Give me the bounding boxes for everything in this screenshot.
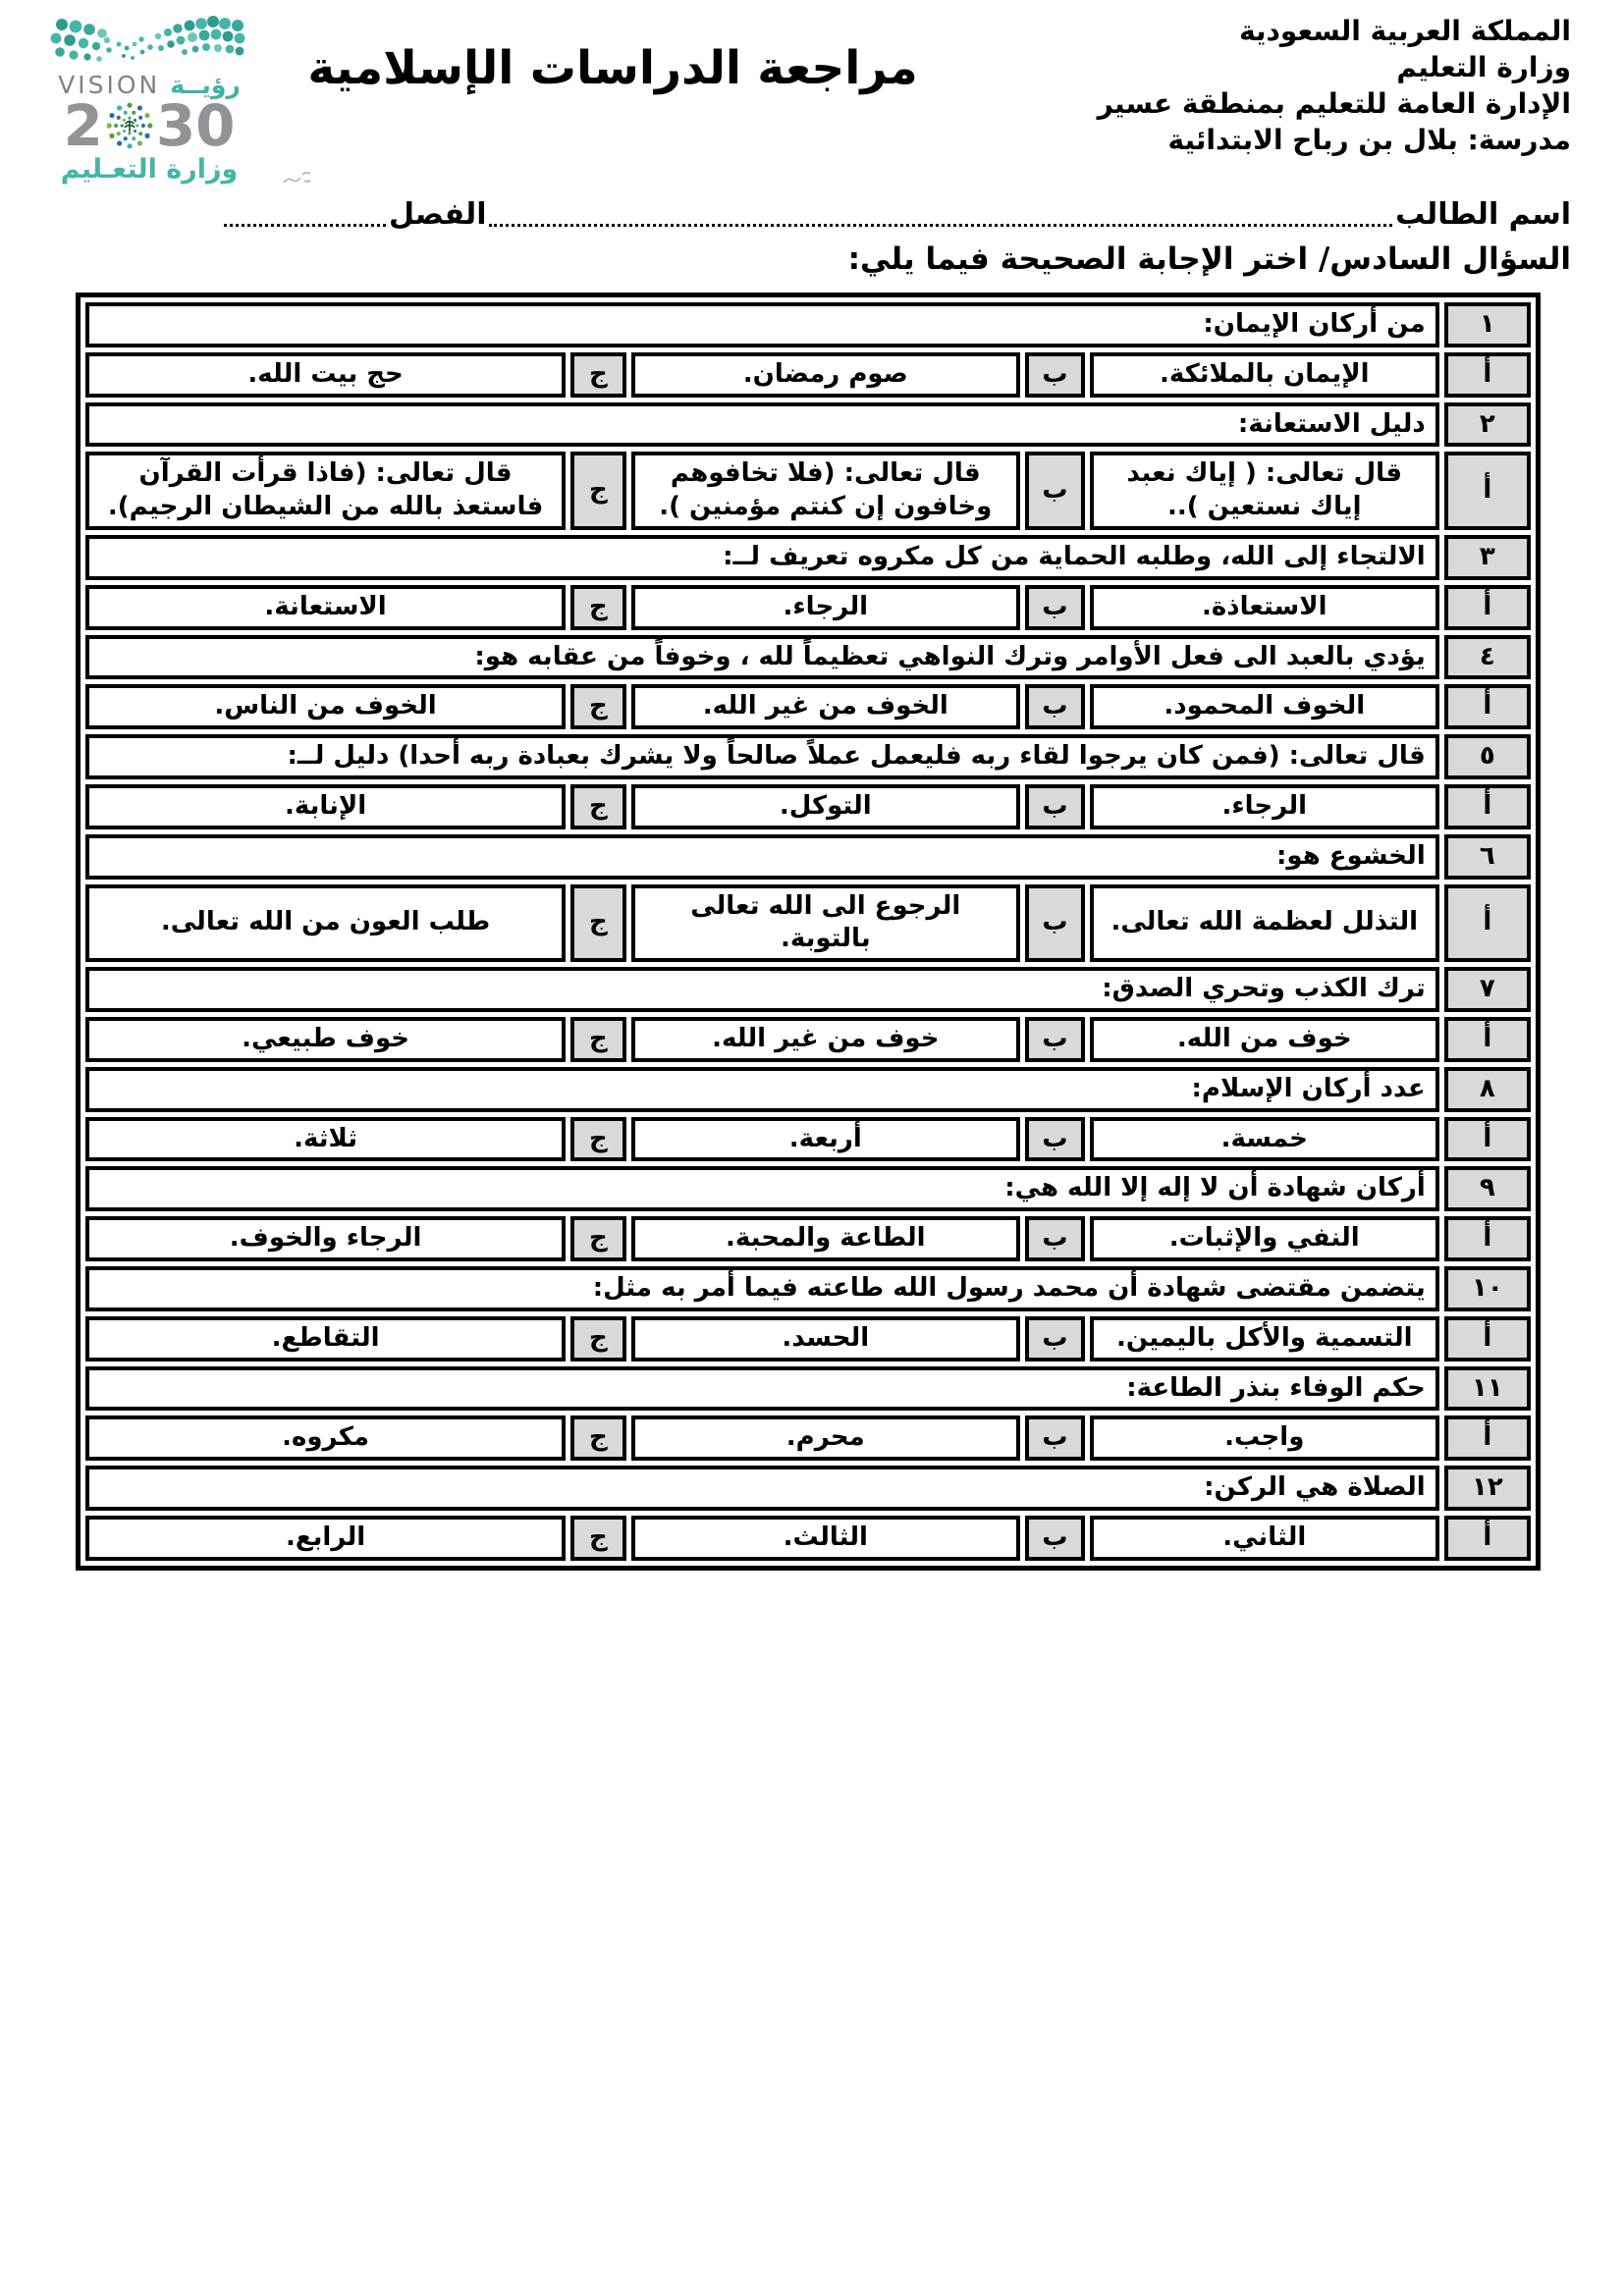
ministry-line-school: مدرسة: بلال بن رباح الابتدائية — [962, 123, 1571, 159]
option-letter-b: ب — [1025, 1017, 1085, 1062]
options-row: أالخوف المحمود.بالخوف من غير الله.جالخوف… — [85, 684, 1531, 729]
options-row: أقال تعالى: ( إياك نعبد إياك نستعين )..ب… — [85, 452, 1531, 530]
option-letter-c: ج — [570, 784, 625, 829]
option-letter-b: ب — [1025, 352, 1085, 398]
option-letter-a: أ — [1444, 884, 1531, 963]
page-title: مراجعة الدراسات الإسلامية — [263, 43, 962, 94]
question-number: ١ — [1444, 302, 1531, 347]
student-name-label: اسم الطالب — [1395, 200, 1571, 230]
option-letter-a: أ — [1444, 1316, 1531, 1362]
option-c: مكروه. — [85, 1415, 566, 1461]
question-number: ٥ — [1444, 734, 1531, 779]
option-a: التسمية والأكل باليمين. — [1090, 1316, 1439, 1362]
option-b: أربعة. — [631, 1117, 1020, 1162]
question-text: عدد أركان الإسلام: — [85, 1067, 1439, 1112]
option-letter-a: أ — [1444, 585, 1531, 630]
option-a: الاستعاذة. — [1090, 585, 1439, 630]
question-row: ٢دليل الاستعانة: — [85, 402, 1531, 448]
option-b: قال تعالى: (فلا تخافوهم وخافون إن كنتم م… — [631, 452, 1020, 530]
page-header: المملكة العربية السعودية وزارة التعليم ا… — [0, 0, 1624, 185]
signature-mark — [281, 167, 314, 188]
option-b: صوم رمضان. — [631, 352, 1020, 398]
option-b: خوف من غير الله. — [631, 1017, 1020, 1062]
option-letter-c: ج — [570, 452, 625, 530]
question-text: أركان شهادة أن لا إله إلا الله هي: — [85, 1166, 1439, 1211]
option-letter-c: ج — [570, 884, 625, 963]
option-a: الثاني. — [1090, 1516, 1439, 1561]
option-letter-a: أ — [1444, 684, 1531, 729]
option-letter-b: ب — [1025, 1117, 1085, 1162]
option-letter-a: أ — [1444, 1415, 1531, 1461]
option-b: محرم. — [631, 1415, 1020, 1461]
question-number: ٩ — [1444, 1166, 1531, 1211]
question-number: ١١ — [1444, 1366, 1531, 1412]
options-row: أخوف من الله.بخوف من غير الله.جخوف طبيعي… — [85, 1017, 1531, 1062]
question-row: ٧ترك الكذب وتحري الصدق: — [85, 967, 1531, 1012]
question-text: يتضمن مقتضى شهادة أن محمد رسول الله طاعت… — [85, 1266, 1439, 1311]
vision2030-logo: VISION رؤيــة 2 — [35, 16, 263, 185]
question-number: ٨ — [1444, 1067, 1531, 1112]
question-number: ٧ — [1444, 967, 1531, 1012]
question-number: ٢ — [1444, 402, 1531, 448]
option-letter-b: ب — [1025, 1216, 1085, 1261]
options-row: أواجب.بمحرم.جمكروه. — [85, 1415, 1531, 1461]
options-row: أالتسمية والأكل باليمين.بالحسد.جالتقاطع. — [85, 1316, 1531, 1362]
option-letter-c: ج — [570, 1316, 625, 1362]
class-field[interactable] — [224, 218, 386, 227]
option-letter-b: ب — [1025, 1415, 1085, 1461]
option-letter-c: ج — [570, 1516, 625, 1561]
option-c: الاستعانة. — [85, 585, 566, 630]
logo-year-line: 2 — [35, 97, 263, 154]
option-letter-c: ج — [570, 1415, 625, 1461]
option-b: الرجاء. — [631, 585, 1020, 630]
option-a: النفي والإثبات. — [1090, 1216, 1439, 1261]
question-row: ٦الخشوع هو: — [85, 834, 1531, 880]
class-label: الفصل — [389, 200, 486, 230]
options-row: أالنفي والإثبات.بالطاعة والمحبة.جالرجاء … — [85, 1216, 1531, 1261]
option-c: قال تعالى: (فاذا قرأت القرآن فاستعذ بالل… — [85, 452, 566, 530]
options-row: أخمسة.بأربعة.جثلاثة. — [85, 1117, 1531, 1162]
option-letter-a: أ — [1444, 1216, 1531, 1261]
option-c: التقاطع. — [85, 1316, 566, 1362]
saudi-emblem-icon — [104, 100, 155, 151]
option-letter-c: ج — [570, 1216, 625, 1261]
option-c: ثلاثة. — [85, 1117, 566, 1162]
ministry-line-ministry: وزارة التعليم — [962, 50, 1571, 86]
option-a: التذلل لعظمة الله تعالى. — [1090, 884, 1439, 963]
question-row: ٨عدد أركان الإسلام: — [85, 1067, 1531, 1112]
option-b: الحسد. — [631, 1316, 1020, 1362]
option-letter-b: ب — [1025, 1316, 1085, 1362]
worksheet-page: المملكة العربية السعودية وزارة التعليم ا… — [0, 0, 1624, 2296]
question-number: ٣ — [1444, 535, 1531, 580]
option-letter-b: ب — [1025, 452, 1085, 530]
option-letter-c: ج — [570, 1017, 625, 1062]
option-letter-c: ج — [570, 585, 625, 630]
logo-year-2: 2 — [63, 97, 102, 154]
option-c: الإنابة. — [85, 784, 566, 829]
option-letter-b: ب — [1025, 784, 1085, 829]
option-c: الرجاء والخوف. — [85, 1216, 566, 1261]
option-b: الخوف من غير الله. — [631, 684, 1020, 729]
option-letter-a: أ — [1444, 1017, 1531, 1062]
option-letter-a: أ — [1444, 352, 1531, 398]
option-c: الرابع. — [85, 1516, 566, 1561]
option-b: الثالث. — [631, 1516, 1020, 1561]
question-row: ٩أركان شهادة أن لا إله إلا الله هي: — [85, 1166, 1531, 1211]
logo-dots-icon — [44, 16, 254, 69]
question-text: الخشوع هو: — [85, 834, 1439, 880]
option-letter-b: ب — [1025, 585, 1085, 630]
question-text: ترك الكذب وتحري الصدق: — [85, 967, 1439, 1012]
option-a: خوف من الله. — [1090, 1017, 1439, 1062]
student-name-field[interactable] — [489, 218, 1392, 227]
title-block: مراجعة الدراسات الإسلامية — [263, 14, 962, 94]
question-text: من أركان الإيمان: — [85, 302, 1439, 347]
option-letter-b: ب — [1025, 884, 1085, 963]
option-a: الرجاء. — [1090, 784, 1439, 829]
ministry-line-admin: الإدارة العامة للتعليم بمنطقة عسير — [962, 86, 1571, 123]
options-row: أالثاني.بالثالث.جالرابع. — [85, 1516, 1531, 1561]
option-letter-b: ب — [1025, 684, 1085, 729]
option-b: الرجوع الى الله تعالى بالتوبة. — [631, 884, 1020, 963]
options-row: أالتذلل لعظمة الله تعالى.بالرجوع الى الل… — [85, 884, 1531, 963]
option-letter-a: أ — [1444, 1117, 1531, 1162]
question-row: ١٠يتضمن مقتضى شهادة أن محمد رسول الله طا… — [85, 1266, 1531, 1311]
question-row: ١من أركان الإيمان: — [85, 302, 1531, 347]
option-letter-c: ج — [570, 1117, 625, 1162]
student-info-row: اسم الطالب الفصل — [221, 200, 1571, 230]
options-row: أالإيمان بالملائكة.بصوم رمضان.جحج بيت ال… — [85, 352, 1531, 398]
question-text: الالتجاء إلى الله، وطلبه الحماية من كل م… — [85, 535, 1439, 580]
option-letter-a: أ — [1444, 452, 1531, 530]
option-c: الخوف من الناس. — [85, 684, 566, 729]
option-a: خمسة. — [1090, 1117, 1439, 1162]
option-letter-c: ج — [570, 684, 625, 729]
option-c: طلب العون من الله تعالى. — [85, 884, 566, 963]
question-number: ٦ — [1444, 834, 1531, 880]
quiz-table: ١من أركان الإيمان: أالإيمان بالملائكة.بص… — [76, 293, 1541, 1571]
question-row: ١١حكم الوفاء بنذر الطاعة: — [85, 1366, 1531, 1412]
option-a: الخوف المحمود. — [1090, 684, 1439, 729]
options-row: أالاستعاذة.بالرجاء.جالاستعانة. — [85, 585, 1531, 630]
question-row: ٤يؤدي بالعبد الى فعل الأوامر وترك النواه… — [85, 635, 1531, 680]
option-b: الطاعة والمحبة. — [631, 1216, 1020, 1261]
question-number: ١٢ — [1444, 1466, 1531, 1511]
question-row: ١٢الصلاة هي الركن: — [85, 1466, 1531, 1511]
option-letter-a: أ — [1444, 1516, 1531, 1561]
option-letter-a: أ — [1444, 784, 1531, 829]
option-a: قال تعالى: ( إياك نعبد إياك نستعين ).. — [1090, 452, 1439, 530]
ministry-line-country: المملكة العربية السعودية — [962, 14, 1571, 50]
question-instruction: السؤال السادس/ اختر الإجابة الصحيحة فيما… — [53, 241, 1571, 277]
option-letter-b: ب — [1025, 1516, 1085, 1561]
logo-ministry-name: وزارة التعـليم — [35, 154, 263, 185]
option-letter-c: ج — [570, 352, 625, 398]
option-a: واجب. — [1090, 1415, 1439, 1461]
question-number: ٤ — [1444, 635, 1531, 680]
question-text: دليل الاستعانة: — [85, 402, 1439, 448]
option-a: الإيمان بالملائكة. — [1090, 352, 1439, 398]
question-row: ٣الالتجاء إلى الله، وطلبه الحماية من كل … — [85, 535, 1531, 580]
option-c: خوف طبيعي. — [85, 1017, 566, 1062]
question-number: ١٠ — [1444, 1266, 1531, 1311]
question-text: الصلاة هي الركن: — [85, 1466, 1439, 1511]
question-text: حكم الوفاء بنذر الطاعة: — [85, 1366, 1439, 1412]
question-text: قال تعالى: (فمن كان يرجوا لقاء ربه فليعم… — [85, 734, 1439, 779]
option-b: التوكل. — [631, 784, 1020, 829]
question-row: ٥قال تعالى: (فمن كان يرجوا لقاء ربه فليع… — [85, 734, 1531, 779]
option-c: حج بيت الله. — [85, 352, 566, 398]
options-row: أالرجاء.بالتوكل.جالإنابة. — [85, 784, 1531, 829]
ministry-info: المملكة العربية السعودية وزارة التعليم ا… — [962, 14, 1571, 159]
question-text: يؤدي بالعبد الى فعل الأوامر وترك النواهي… — [85, 635, 1439, 680]
logo-year-30: 30 — [156, 97, 236, 154]
